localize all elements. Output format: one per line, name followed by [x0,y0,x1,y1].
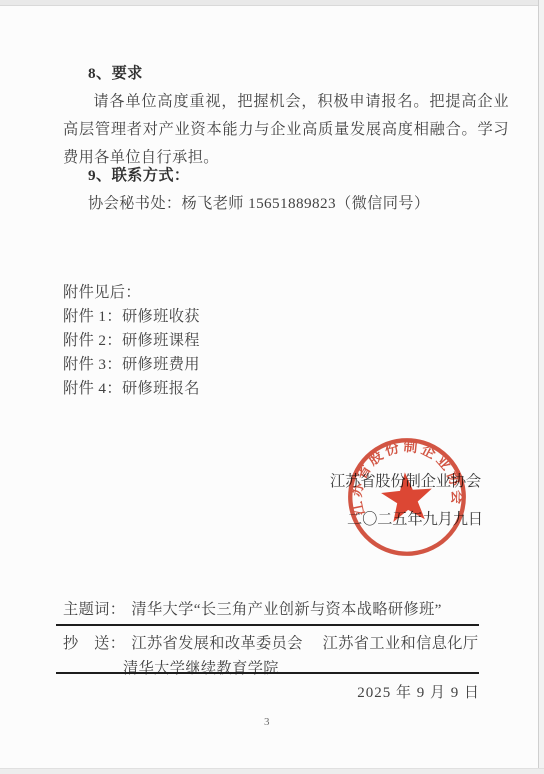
photo-edge-right-margin [539,0,544,774]
attachment-item-1: 附件 1：研修班收获 [63,305,200,329]
page-number: 3 [264,708,270,736]
section-8-heading: 8、要求 [88,60,143,88]
print-date: 2025 年 9 月 9 日 [330,679,480,707]
seal-ring [346,436,469,559]
photo-edge-bottom [0,768,544,774]
photo-edge-right-line [538,0,539,774]
document-page: 8、要求 请各单位高度重视，把握机会，积极申请报名。把提高企业高层管理者对产业资… [0,0,544,774]
separator-rule-top [56,624,479,626]
subject-row: 主题词： 清华大学“长三角产业创新与资本战略研修班” [63,596,442,624]
attachment-item-4: 附件 4：研修班报名 [63,377,200,401]
requirements-paragraph: 请各单位高度重视，把握机会，积极申请报名。把提高企业高层管理者对产业资本能力与企… [63,88,509,172]
cc-label: 抄 送： [63,630,125,658]
cc-line-2: 清华大学继续教育学院 [123,655,279,683]
attachment-item-3: 附件 3：研修班费用 [63,353,200,377]
photo-edge-top [0,0,544,6]
subject-text: 清华大学“长三角产业创新与资本战略研修班” [131,596,441,624]
attachments-note: 附件见后： [63,281,141,305]
issuer-name: 江苏省股份制企业协会 [330,468,481,496]
attachment-item-2: 附件 2：研修班课程 [63,329,200,353]
contact-line: 协会秘书处：杨飞老师 15651889823（微信同号） [88,190,430,218]
cc-row: 抄 送： 江苏省发展和改革委员会 江苏省工业和信息化厅 [63,630,478,658]
subject-label: 主题词： [63,596,125,624]
cc-line-1: 江苏省发展和改革委员会 江苏省工业和信息化厅 [131,630,478,658]
section-9-heading: 9、联系方式： [88,162,190,190]
separator-rule-bottom [56,672,479,674]
issue-date-chinese: 二〇二五年九月九日 [347,506,483,534]
official-seal: 江苏省股份制企业协会 [339,427,476,567]
